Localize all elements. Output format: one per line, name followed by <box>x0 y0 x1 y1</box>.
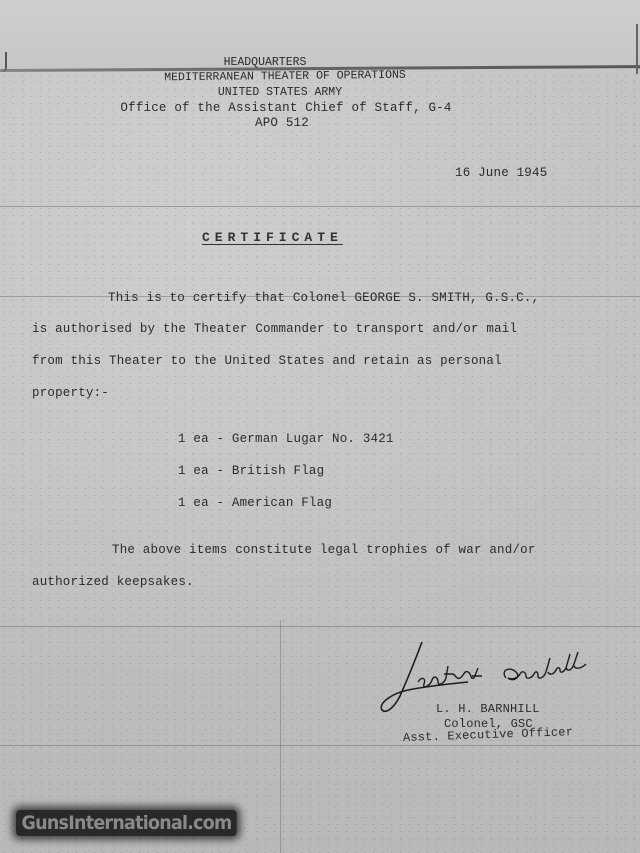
signer-name: L. H. BARNHILL <box>436 702 540 716</box>
page-right-edge <box>636 24 638 74</box>
list-item: 1 ea - British Flag <box>178 464 324 478</box>
paragraph-line: This is to certify that Colonel GEORGE S… <box>108 291 539 305</box>
paragraph-line: is authorised by the Theater Commander t… <box>32 322 517 336</box>
header-line-army: UNITED STATES ARMY <box>200 86 360 99</box>
header-line-office: Office of the Assistant Chief of Staff, … <box>112 101 460 115</box>
header-line-headquarters: HEADQUARTERS <box>200 56 330 69</box>
paper-clip-mark <box>2 52 7 72</box>
fold-line-vertical <box>280 620 281 853</box>
fold-line <box>0 745 640 746</box>
header-line-apo: APO 512 <box>232 116 332 130</box>
watermark-logo: GunsInternational.com <box>16 810 237 836</box>
document-title: CERTIFICATE <box>202 230 343 245</box>
paragraph-line: from this Theater to the United States a… <box>32 354 502 368</box>
paragraph-line: property:- <box>32 386 109 400</box>
fold-line <box>0 206 640 207</box>
fold-line <box>0 626 640 627</box>
document-date: 16 June 1945 <box>455 166 547 180</box>
list-item: 1 ea - American Flag <box>178 496 332 510</box>
paragraph-line: The above items constitute legal trophie… <box>112 543 536 557</box>
paragraph-line: authorized keepsakes. <box>32 575 194 589</box>
list-item: 1 ea - German Lugar No. 3421 <box>178 432 394 446</box>
